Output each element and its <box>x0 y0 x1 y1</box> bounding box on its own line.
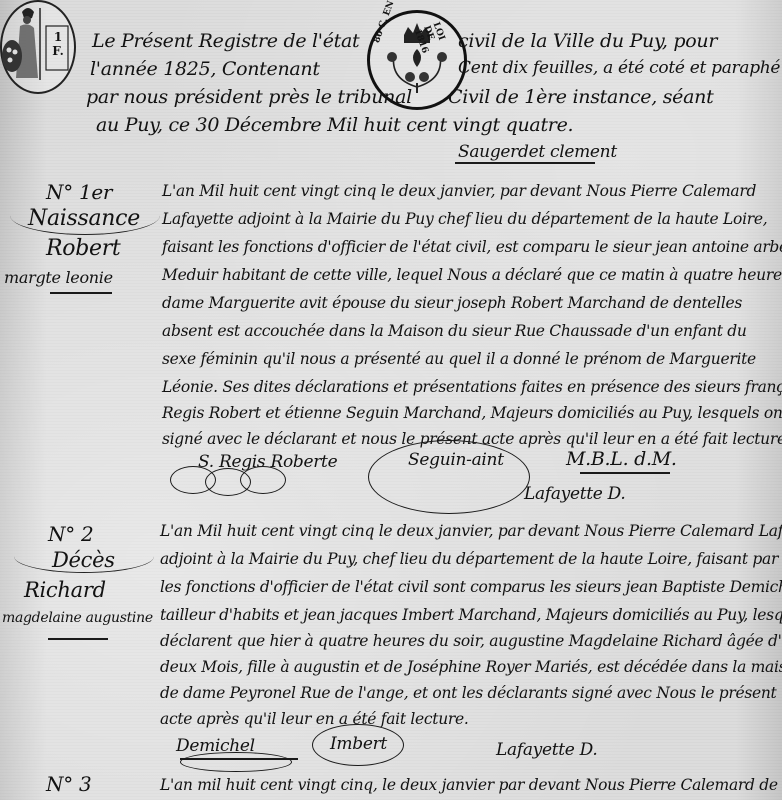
entry-1-line-1: L'an Mil huit cent vingt cinq le deux ja… <box>162 182 756 200</box>
entry-1-line-2: Lafayette adjoint à la Mairie du Puy che… <box>162 210 767 228</box>
president-signature: Saugerdet clement <box>458 142 617 162</box>
entry-1-line-5: dame Marguerite avit épouse du sieur jos… <box>162 294 742 312</box>
signature-flourish <box>368 440 530 514</box>
signature-flourish <box>240 466 286 494</box>
signature-lafayette-2: Lafayette D. <box>496 740 597 760</box>
entry-2-line-6: deux Mois, fille à augustin et de Joséph… <box>160 658 782 676</box>
entry-2-line-4: tailleur d'habits et jean jacques Imbert… <box>160 606 782 624</box>
header-line-6: Civil de 1ère instance, séant <box>448 86 713 108</box>
header-line-5: par nous président près le tribunal <box>86 86 412 108</box>
signature-underline <box>580 472 670 474</box>
header-line-4: Cent dix feuilles, a été coté et paraphé <box>458 58 780 78</box>
header-line-7: au Puy, ce 30 Décembre Mil huit cent vin… <box>96 114 573 136</box>
entry-1-line-3: faisant les fonctions d'officier de l'ét… <box>162 238 782 256</box>
register-page: 1 F. 80 C. EN SUS LOI DE 1816 Le Présent… <box>0 0 782 800</box>
entry-2-surname: Richard <box>24 578 106 602</box>
entry-2-line-3: les fonctions d'officier de l'état civil… <box>160 578 782 596</box>
signature-underline <box>455 162 595 164</box>
signature-flourish <box>180 752 292 772</box>
entry-2-given-names: magdelaine augustine <box>2 610 153 626</box>
fiscal-stamp-minerva: 1 F. <box>0 0 76 94</box>
header-line-1: Le Présent Registre de l'état <box>92 30 359 52</box>
signature-declarant: M.B.L. d.M. <box>566 448 677 470</box>
margin-underline <box>50 292 112 294</box>
entry-3-number: N° 3 <box>46 772 91 796</box>
entry-1-surname: Robert <box>46 236 120 261</box>
entry-1-line-6: absent est accouchée dans la Maison du s… <box>162 322 747 340</box>
signature-flourish <box>312 724 404 766</box>
entry-1-given-names: margte leonie <box>4 268 113 287</box>
entry-2-line-5: déclarent que hier à quatre heures du so… <box>160 632 782 650</box>
entry-2-line-2: adjoint à la Mairie du Puy, chef lieu du… <box>160 550 782 568</box>
entry-1-line-8: Léonie. Ses dites déclarations et présen… <box>162 378 782 396</box>
margin-flourish <box>10 196 160 235</box>
entry-3-line-1: L'an mil huit cent vingt cinq, le deux j… <box>160 776 782 794</box>
margin-underline <box>48 638 108 640</box>
entry-1-line-9: Regis Robert et étienne Seguin Marchand,… <box>162 404 782 422</box>
entry-2-line-8: acte après qu'il leur en a été fait lect… <box>160 710 469 728</box>
entry-2-line-7: de dame Peyronel Rue de l'ange, et ont l… <box>160 684 776 702</box>
entry-1-line-7: sexe féminin qu'il nous a présenté au qu… <box>162 350 756 368</box>
margin-flourish <box>14 540 154 573</box>
stamp-value: 1 F. <box>50 30 66 58</box>
header-line-2: civil de la Ville du Puy, pour <box>458 30 717 52</box>
signature-lafayette-1: Lafayette D. <box>524 484 625 504</box>
entry-1-line-4: Meduir habitant de cette ville, lequel N… <box>162 266 782 284</box>
header-line-3: l'année 1825, Contenant <box>90 58 320 80</box>
entry-2-line-1: L'an Mil huit cent vingt cinq le deux ja… <box>160 522 782 540</box>
